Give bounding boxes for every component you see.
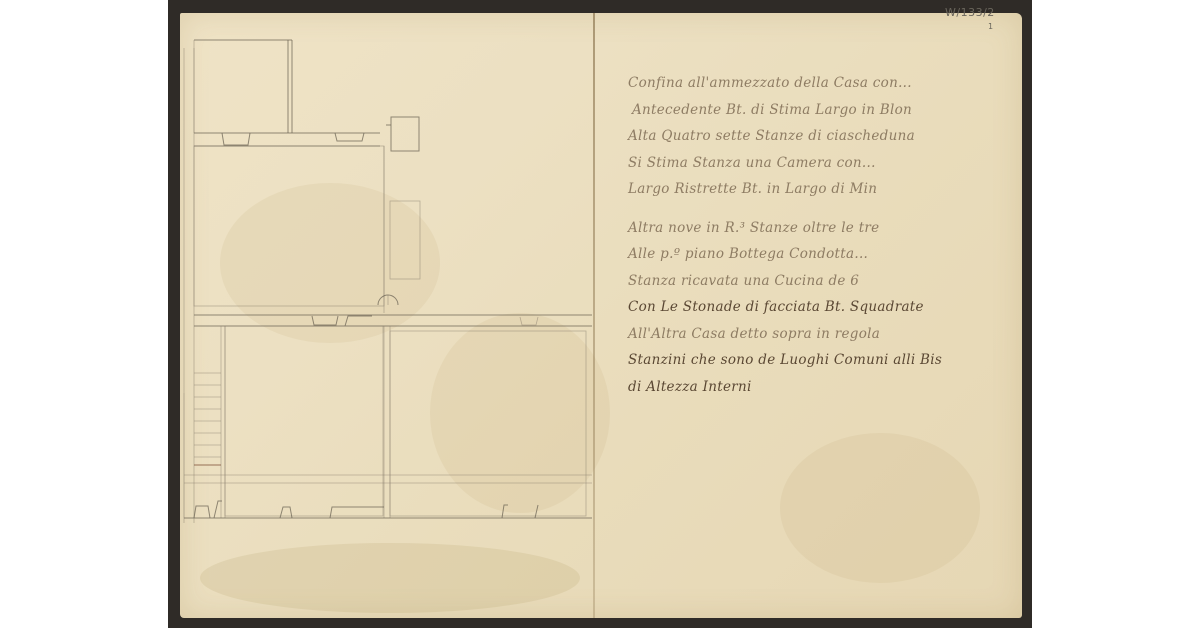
handwritten-line: Confina all'ammezzato della Casa con...: [628, 70, 1018, 97]
handwritten-line: Con Le Stonade di facciata Bt. Squadrate: [628, 294, 1018, 321]
archive-reference: W/133/2: [945, 6, 995, 19]
floor-plan-drawing: [180, 13, 600, 618]
manuscript-sheet: Confina all'ammezzato della Casa con... …: [180, 13, 1022, 618]
handwritten-line: Largo Ristrette Bt. in Largo di Min: [628, 176, 1018, 203]
handwritten-line: Si Stima Stanza una Camera con...: [628, 150, 1018, 177]
handwritten-line: All'Altra Casa detto sopra in regola: [628, 321, 1018, 348]
archive-subnumber: 1: [988, 22, 993, 31]
handwritten-line: Stanzini che sono de Luoghi Comuni alli …: [628, 347, 1018, 374]
handwritten-line: Stanza ricavata una Cucina de 6: [628, 268, 1018, 295]
paper-stain: [780, 433, 980, 583]
handwritten-line: Alle p.º piano Bottega Condotta...: [628, 241, 1018, 268]
handwritten-line: Altra nove in R.³ Stanze oltre le tre: [628, 215, 1018, 242]
handwritten-text-block: Confina all'ammezzato della Casa con... …: [628, 70, 1018, 400]
handwritten-line: Alta Quatro sette Stanze di ciascheduna: [628, 123, 1018, 150]
handwritten-line: Antecedente Bt. di Stima Largo in Blon: [628, 97, 1018, 124]
handwritten-line: di Altezza Interni: [628, 374, 1018, 401]
